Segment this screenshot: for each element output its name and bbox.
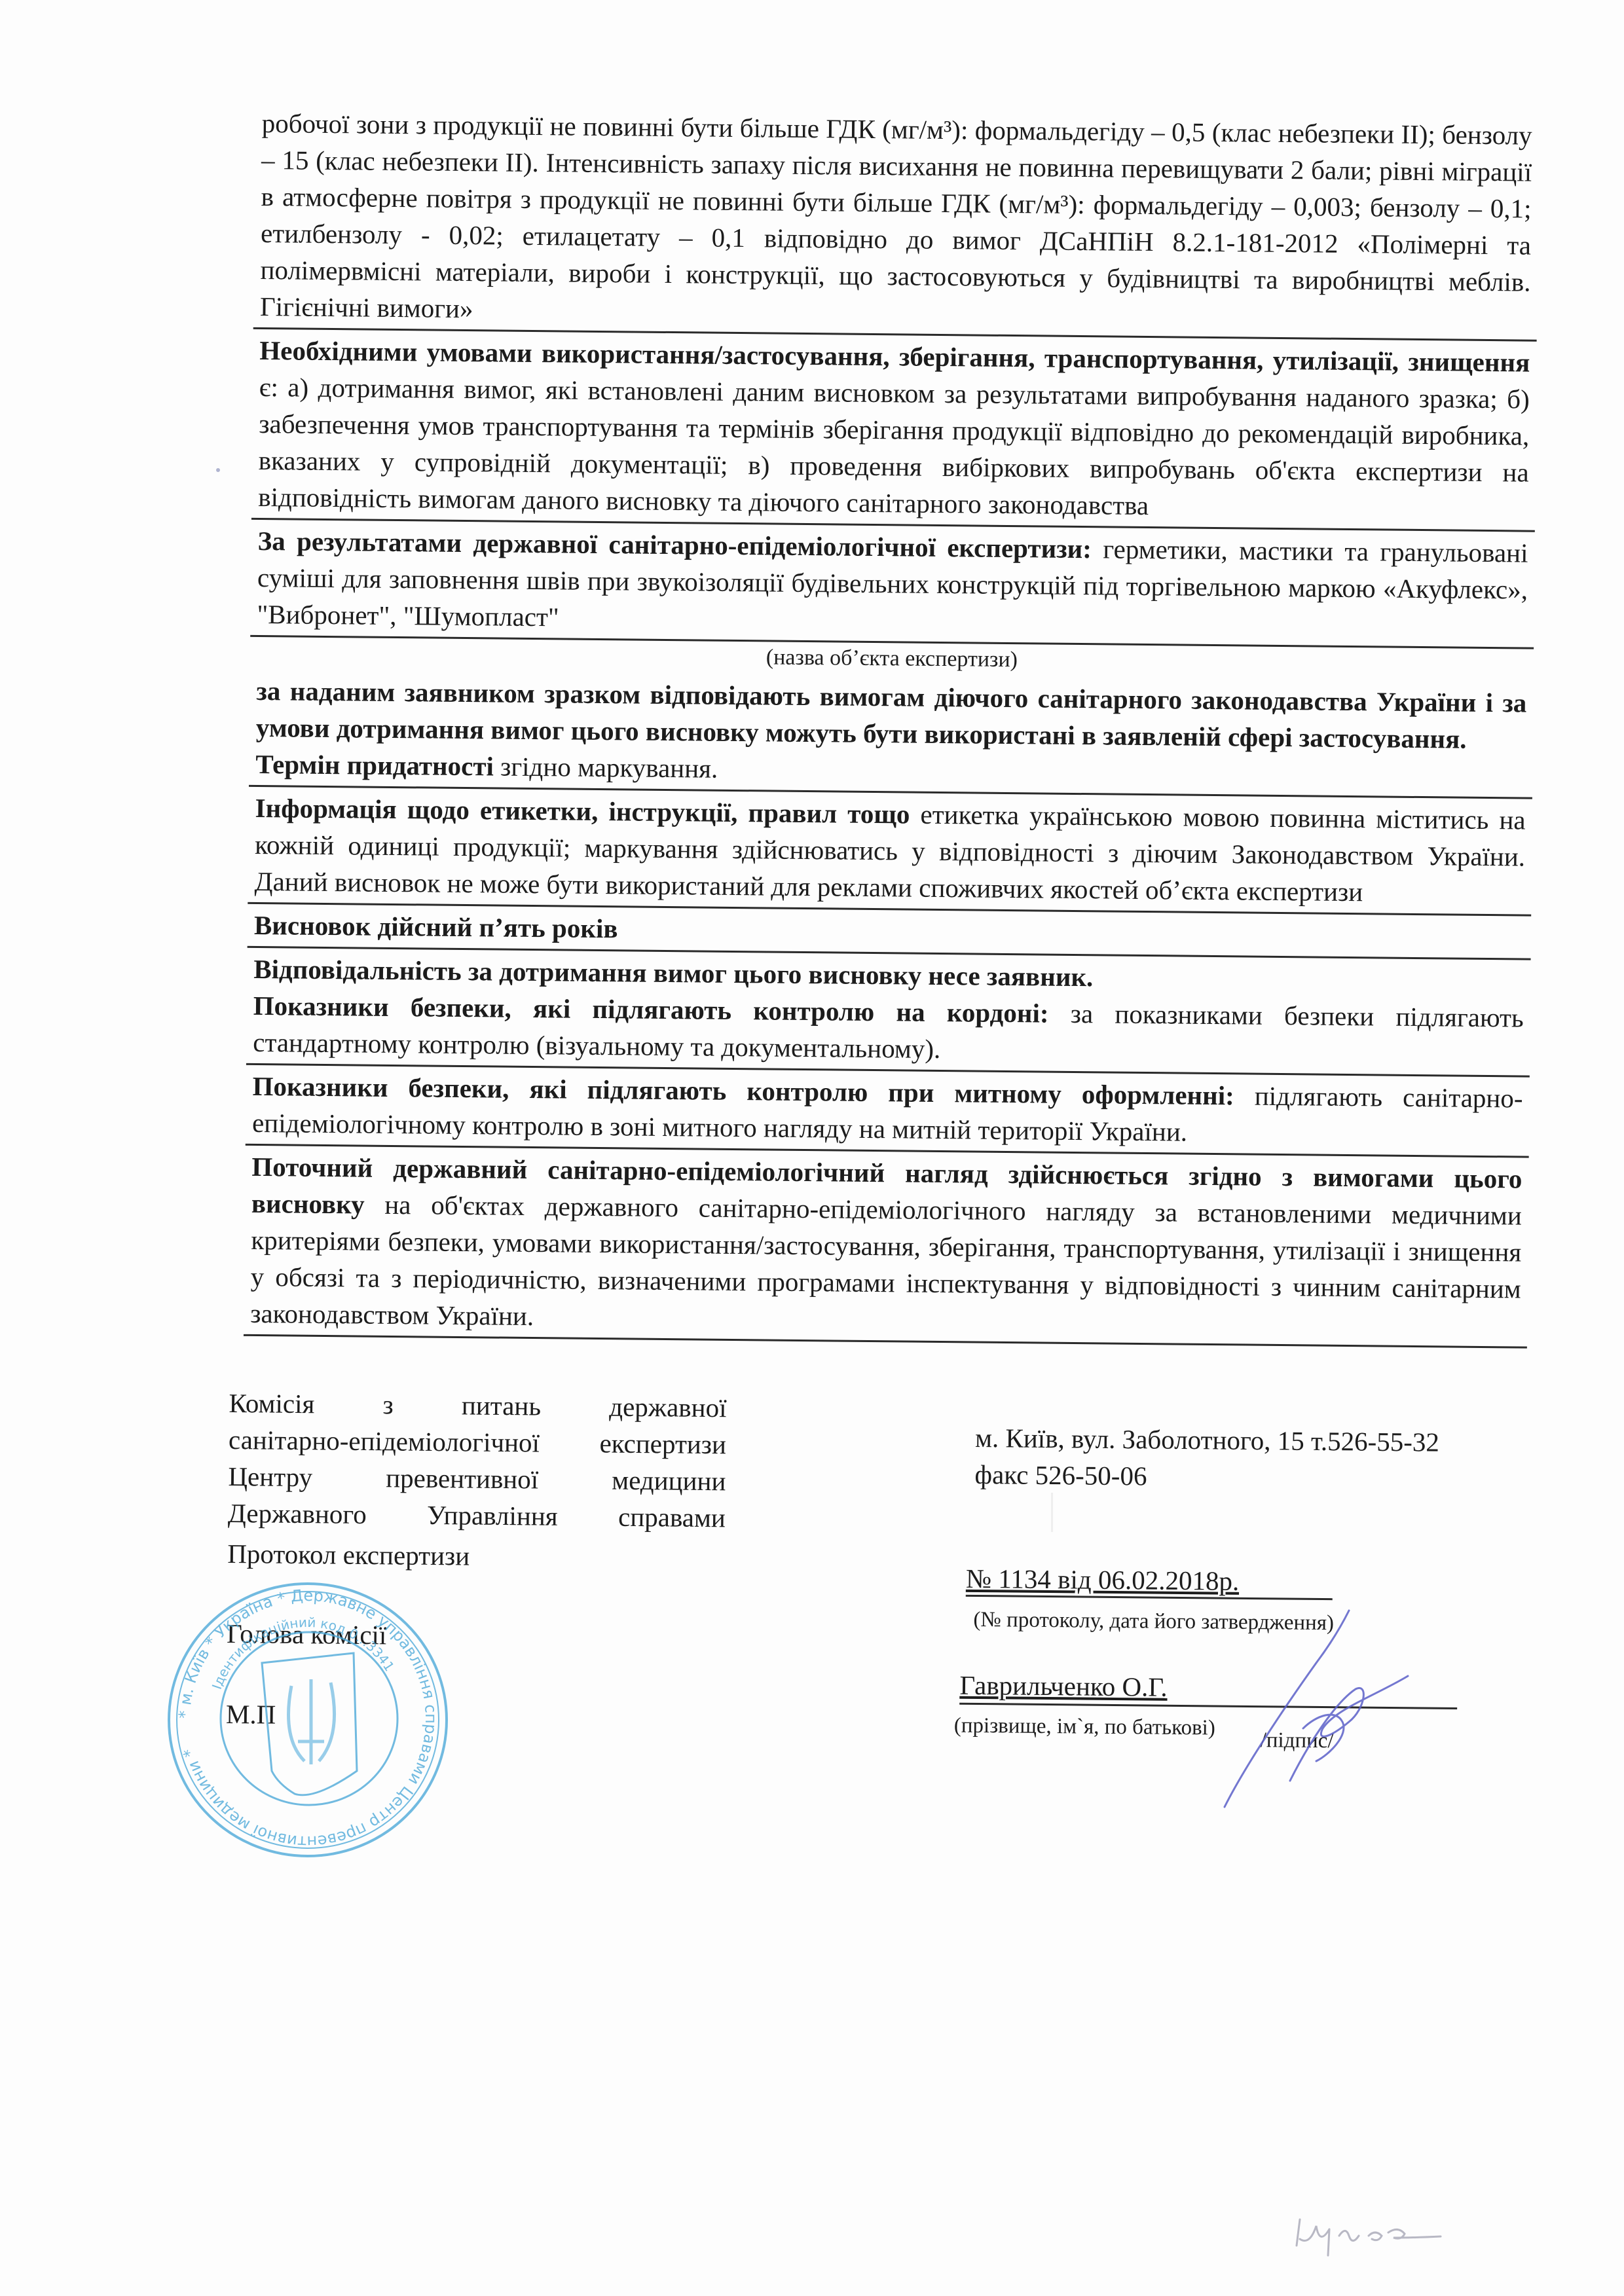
shelf-life-value: згідно маркування.: [494, 751, 718, 783]
scan-speck: [1051, 1493, 1053, 1532]
commission-address: м. Київ, вул. Заболотного, 15 т.526-55-3…: [974, 1419, 1512, 1498]
customs-control-section: Показники безпеки, які підлягають контро…: [252, 1068, 1523, 1154]
fax-line: факс 526-50-06: [974, 1456, 1511, 1498]
results-section: За результатами державної санітарно-епід…: [257, 522, 1528, 645]
scan-speck: [216, 468, 220, 472]
compliance-statement: за наданим заявником зразком відповідают…: [256, 672, 1527, 758]
handwritten-note-icon: [1283, 2200, 1454, 2259]
commission-line: Комісія з питань державної: [229, 1385, 727, 1426]
label-info-label: Інформація щодо етикетки, інструкції, пр…: [255, 793, 910, 829]
official-stamp-icon: * м. Київ * Україна * Державне управлінн…: [164, 1575, 452, 1863]
protocol-number: № 1134 від 06.02.2018р.: [966, 1560, 1240, 1599]
validity-label: Висновок дійсний: [254, 910, 473, 942]
address-line: м. Київ, вул. Заболотного, 15 т.526-55-3…: [975, 1419, 1512, 1461]
name-caption: (прізвище, ім`я, по батькові): [954, 1707, 1215, 1747]
document-page: робочої зони з продукції не повинні бути…: [0, 0, 1624, 2296]
commission-line: санітарно-епідеміологічної експертизи: [229, 1421, 727, 1463]
conditions-label: Необхідними умовами використання/застосу…: [259, 335, 1530, 378]
commission-line: Державного Управління справами: [228, 1495, 726, 1536]
conditions-section: Необхідними умовами використання/застосу…: [258, 332, 1530, 528]
object-name-caption: (назва об’єкта експертизи): [257, 638, 1527, 680]
supervision-section: Поточний державний санітарно-епідеміолог…: [250, 1148, 1522, 1344]
supervision-text: на об'єктах державного санітарно-епідемі…: [250, 1190, 1522, 1331]
protocol-label: Протокол експертизи: [227, 1535, 470, 1575]
shelf-life-label: Термін придатності: [255, 749, 494, 781]
validity-value: п’ять років: [472, 912, 618, 943]
label-info-section: Інформація щодо етикетки, інструкції, пр…: [254, 790, 1526, 912]
border-control-label: Показники безпеки, які підлягають контро…: [253, 991, 1049, 1029]
conditions-text: є: а) дотримання вимог, які встановлені …: [258, 372, 1530, 520]
border-control-section: Показники безпеки, які підлягають контро…: [253, 987, 1524, 1073]
document-body: робочої зони з продукції не повинні бути…: [250, 105, 1532, 1350]
commission-name: Комісія з питань державної санітарно-епі…: [228, 1385, 727, 1536]
commission-line: Центру превентивної медицини: [228, 1458, 726, 1499]
signature-icon: [1205, 1597, 1428, 1820]
head-name: Гаврильченко О.Г.: [959, 1667, 1168, 1705]
customs-control-label: Показники безпеки, які підлягають контро…: [252, 1071, 1234, 1110]
results-label: За результатами державної санітарно-епід…: [257, 526, 1092, 564]
hygiene-requirements-paragraph: робочої зони з продукції не повинні бути…: [260, 105, 1532, 337]
